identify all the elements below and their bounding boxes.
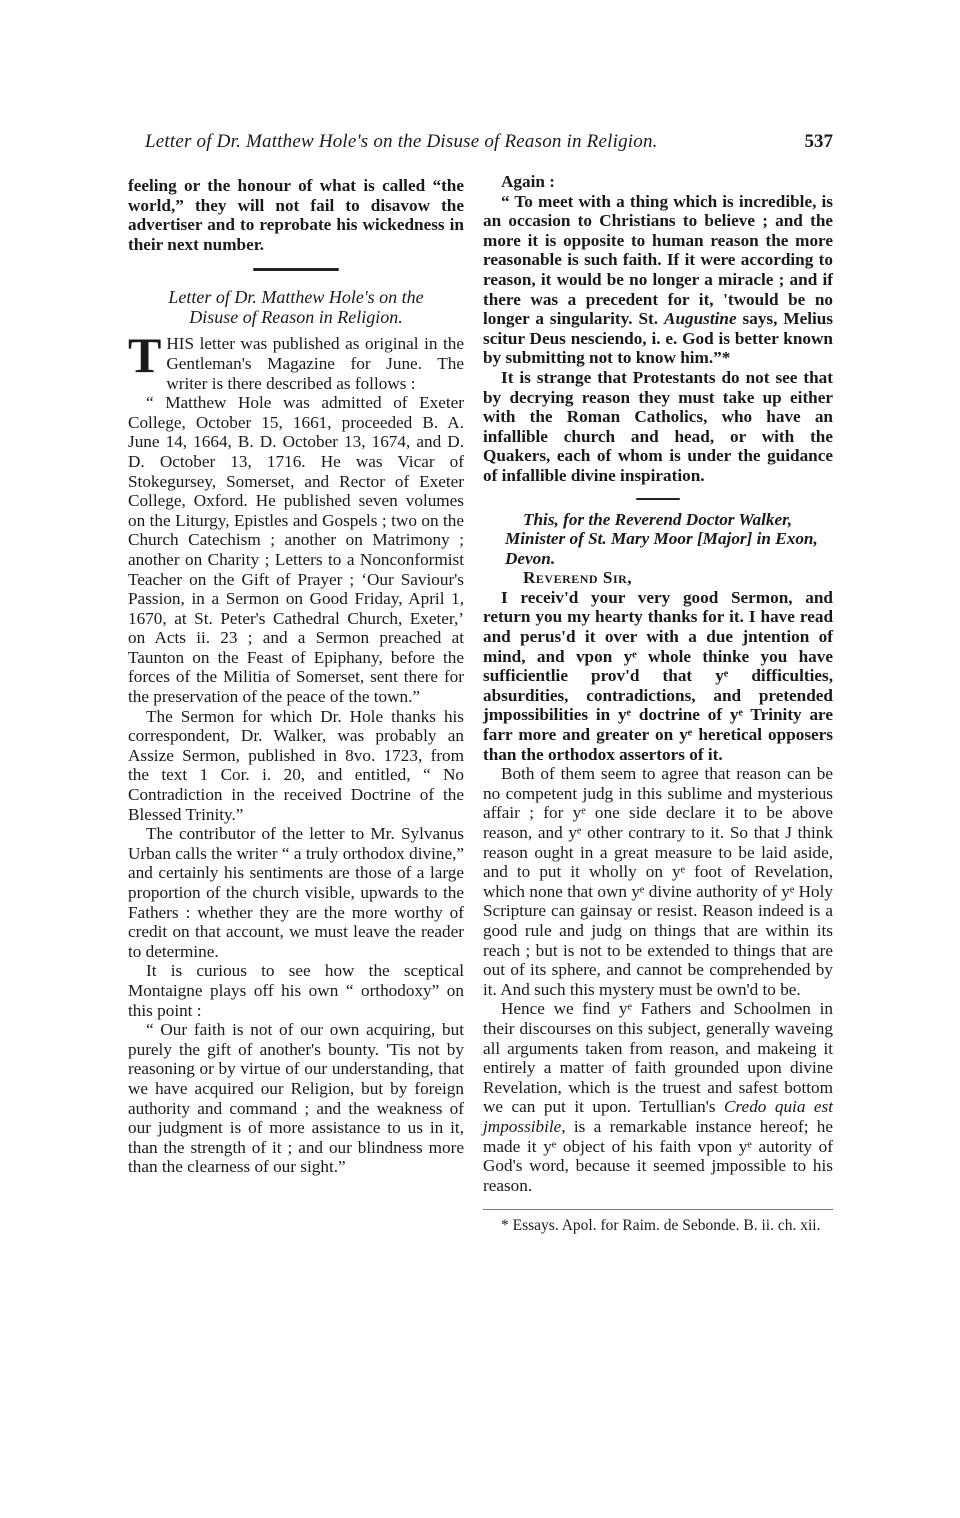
augustine-quote: “ To meet with a thing which is incredib…: [483, 192, 833, 368]
protestants-paragraph: It is strange that Protestants do not se…: [483, 368, 833, 486]
drop-cap: T: [128, 336, 161, 374]
letter-address: This, for the Reverend Doctor Walker, Mi…: [483, 510, 833, 569]
again-label: Again :: [483, 172, 833, 192]
carryover-paragraph: feeling or the honour of what is called …: [128, 176, 464, 254]
running-header: Letter of Dr. Matthew Hole's on the Disu…: [145, 131, 833, 159]
right-column: Again : “ To meet with a thing which is …: [483, 172, 833, 1235]
footnote-text: * Essays. Apol. for Raim. de Sebonde. B.…: [483, 1216, 833, 1235]
section-title-line2: Disuse of Reason in Religion.: [128, 307, 464, 327]
intro-block: T HIS letter was published as original i…: [128, 334, 464, 393]
sermon-paragraph: The Sermon for which Dr. Hole thanks his…: [128, 707, 464, 825]
montaigne-quote: “ Our faith is not of our own acquiring,…: [128, 1020, 464, 1177]
quote-text: “ To meet with a thing which is incredib…: [483, 192, 833, 329]
section-title-line1: Letter of Dr. Matthew Hole's on the: [128, 287, 464, 307]
left-column: feeling or the honour of what is called …: [128, 176, 464, 1177]
intro-paragraph: HIS letter was published as original in …: [128, 334, 464, 393]
running-title: Letter of Dr. Matthew Hole's on the Disu…: [145, 131, 658, 153]
letter-divider: [636, 498, 680, 500]
augustine-name: Augustine: [664, 309, 737, 328]
letter-paragraph-2: Both of them seem to agree that reason c…: [483, 764, 833, 999]
page-number: 537: [805, 131, 834, 153]
section-title: Letter of Dr. Matthew Hole's on the Disu…: [128, 287, 464, 327]
biography-quote: “ Matthew Hole was admitted of Exeter Co…: [128, 393, 464, 707]
section-divider: [253, 268, 339, 271]
contributor-paragraph: The contributor of the letter to Mr. Syl…: [128, 824, 464, 961]
letter-paragraph-1: I receiv'd your very good Sermon, and re…: [483, 588, 833, 764]
montaigne-intro: It is curious to see how the sceptical M…: [128, 961, 464, 1020]
footnote: * Essays. Apol. for Raim. de Sebonde. B.…: [483, 1216, 833, 1235]
letter-paragraph-3: Hence we find yᵉ Fathers and Schoolmen i…: [483, 999, 833, 1195]
letter-salutation: Reverend Sir,: [483, 568, 833, 588]
footnote-rule: [483, 1209, 833, 1210]
